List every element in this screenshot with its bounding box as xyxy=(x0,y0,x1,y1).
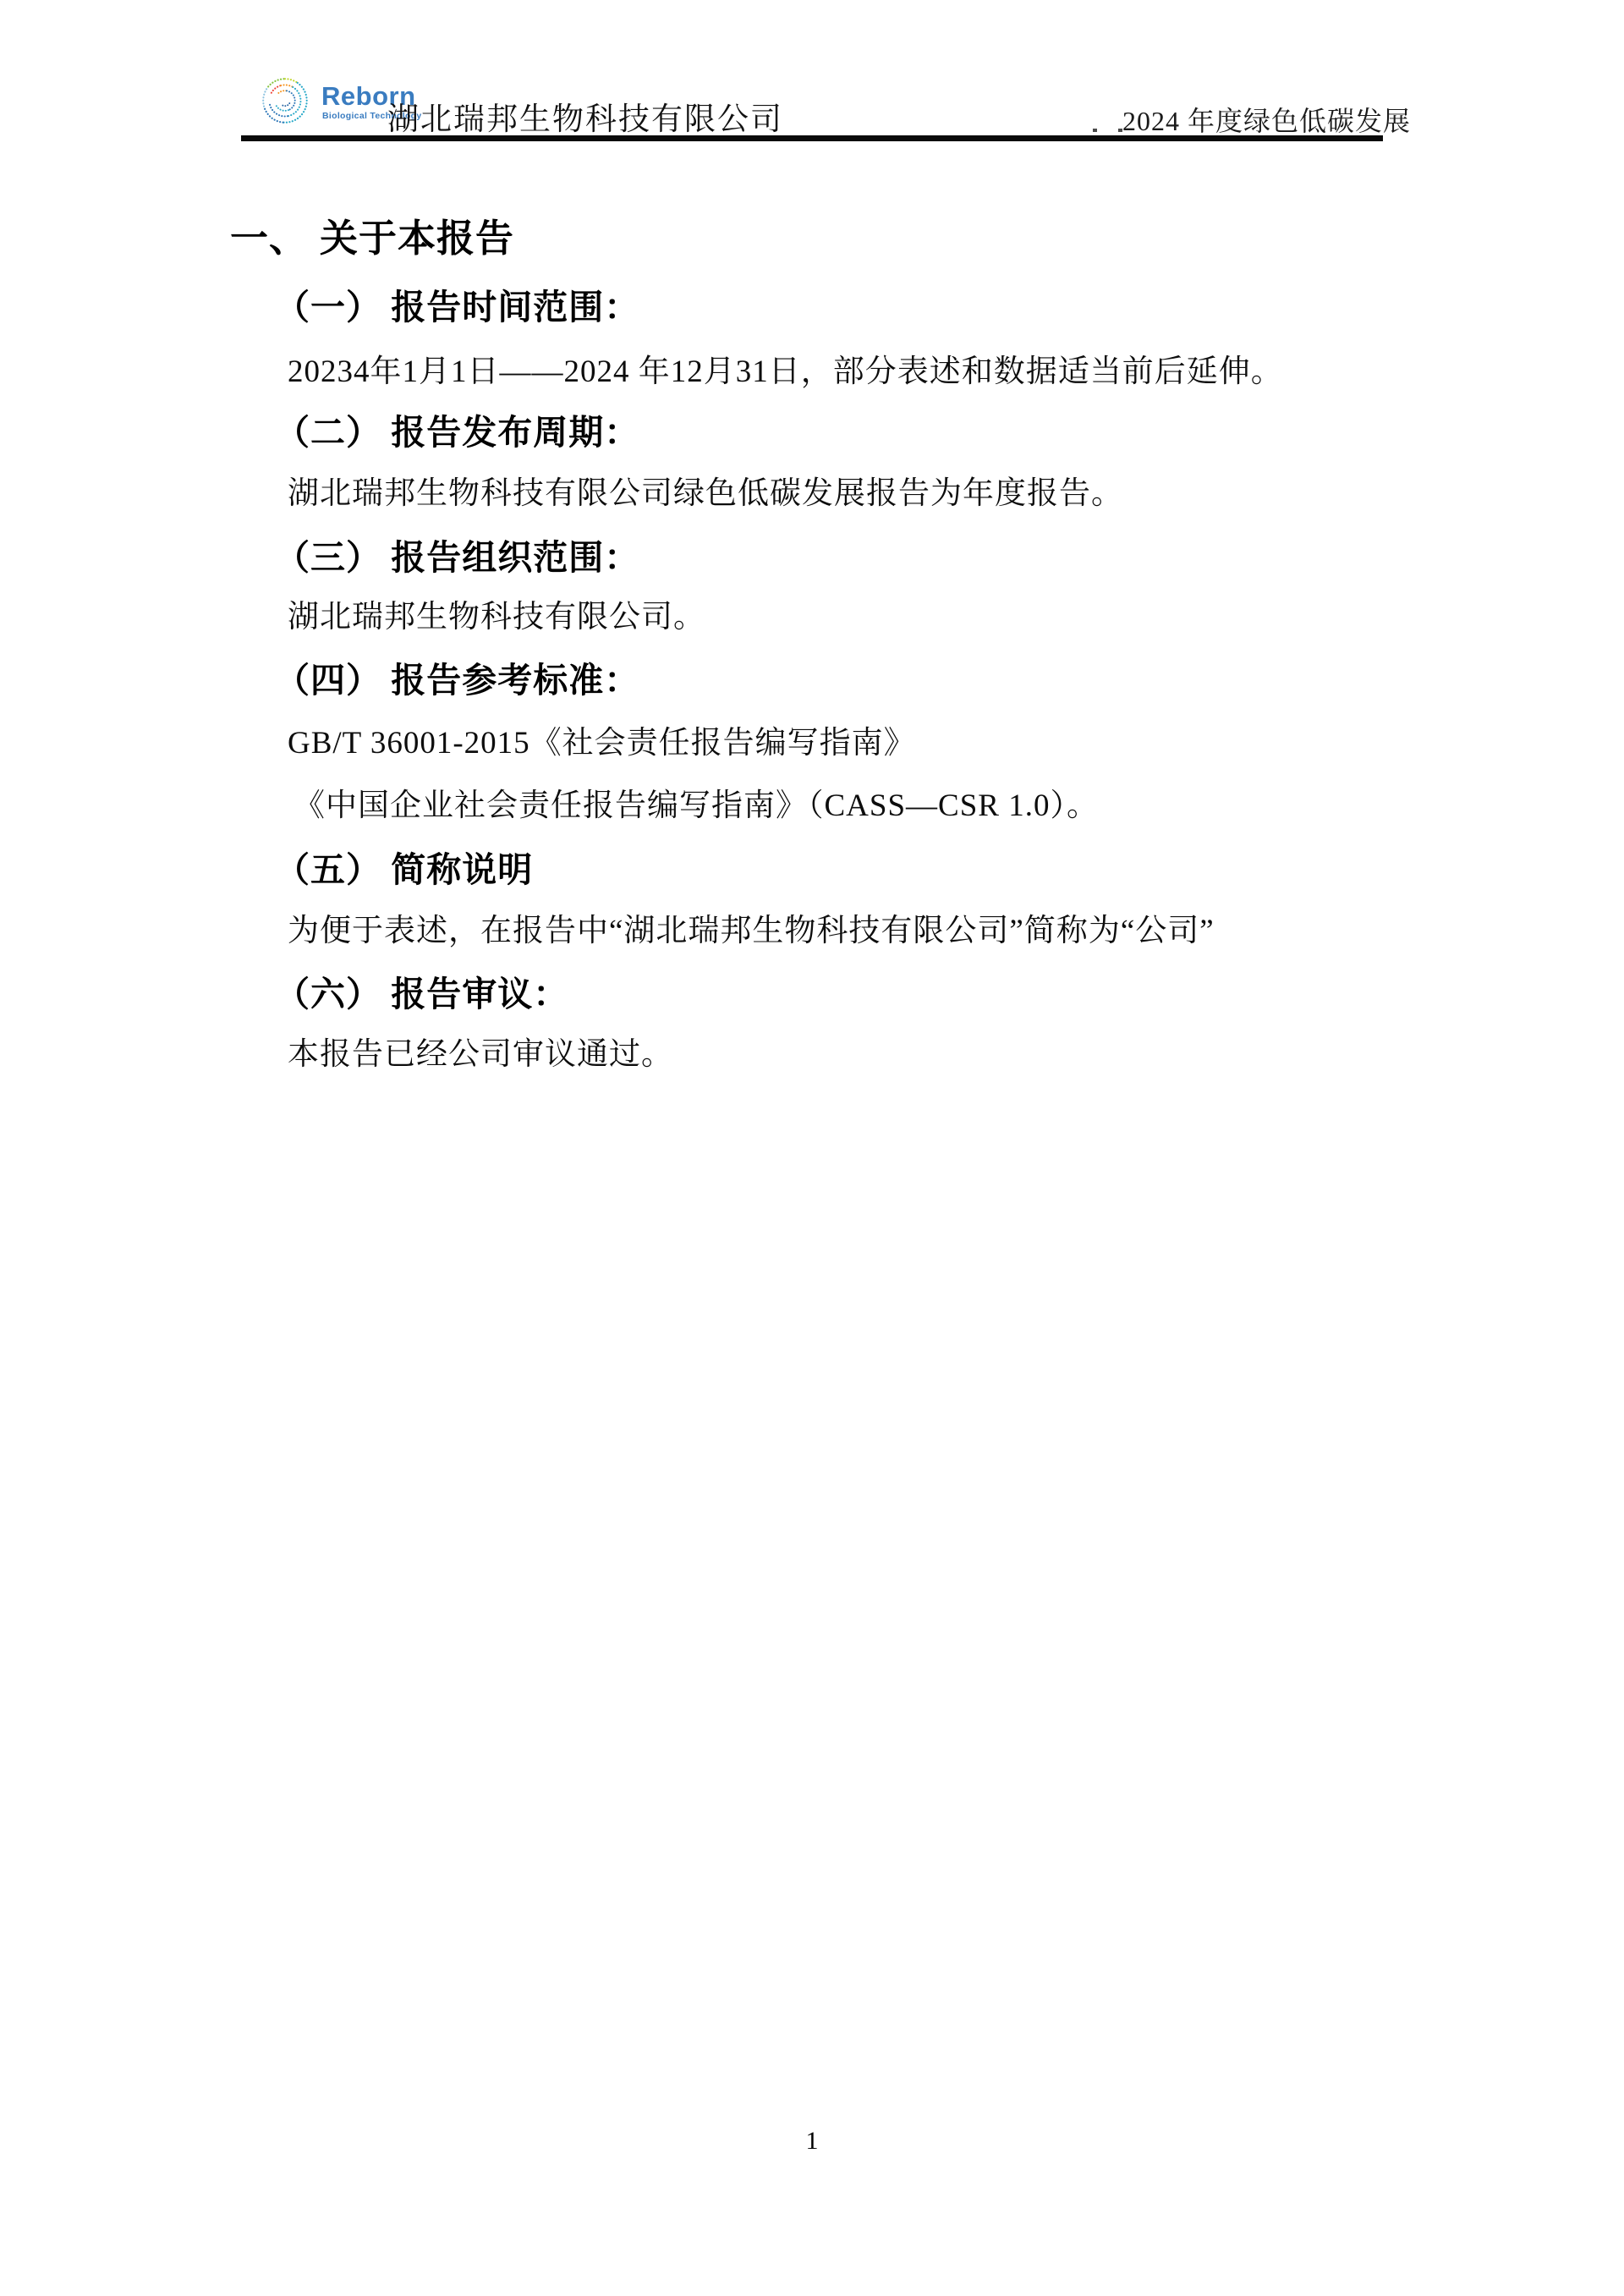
section-title: 一、关于本报告 xyxy=(230,207,514,262)
header-company-name: 湖北瑞邦生物科技有限公司 xyxy=(387,93,783,139)
report-page: Reborn Biological Technology 湖北瑞邦生物科技有限公… xyxy=(0,0,1624,2296)
heading-report-review: （六） 报告审议： xyxy=(275,966,568,1016)
heading-report-scope: （三） 报告组织范围： xyxy=(275,530,639,579)
body-report-cycle: 湖北瑞邦生物科技有限公司绿色低碳发展报告为年度报告。 xyxy=(288,467,1123,513)
print-artifact-mark xyxy=(1118,129,1122,132)
body-abbreviation-note: 为便于表述，在报告中“湖北瑞邦生物科技有限公司”简称为“公司” xyxy=(288,904,1215,950)
section-title-text: 关于本报告 xyxy=(320,217,514,260)
heading-report-standards: （四） 报告参考标准： xyxy=(275,652,639,702)
header-report-title: 2024 年度绿色低碳发展 xyxy=(1122,100,1411,139)
heading-abbreviation-note: （五） 简称说明 xyxy=(275,842,533,892)
body-report-standards-line2: 《中国企业社会责任报告编写指南》（CASS—CSR 1.0）。 xyxy=(294,779,1099,825)
heading-report-time-range: （一） 报告时间范围： xyxy=(275,279,639,329)
body-report-review: 本报告已经公司审议通过。 xyxy=(288,1028,673,1074)
body-report-time-range: 20234年1月1日——2024 年12月31日，部分表述和数据适当前后延伸。 xyxy=(288,345,1283,391)
body-report-scope: 湖北瑞邦生物科技有限公司。 xyxy=(288,590,705,636)
page-number: 1 xyxy=(0,2127,1624,2156)
reborn-logo-swirl-icon xyxy=(259,73,315,129)
heading-report-cycle: （二） 报告发布周期： xyxy=(275,404,639,454)
header-rule xyxy=(241,135,1383,141)
body-report-standards-line1: GB/T 36001-2015《社会责任报告编写指南》 xyxy=(288,717,916,762)
section-title-number: 一、 xyxy=(230,217,308,260)
print-artifact-mark xyxy=(1093,129,1097,132)
